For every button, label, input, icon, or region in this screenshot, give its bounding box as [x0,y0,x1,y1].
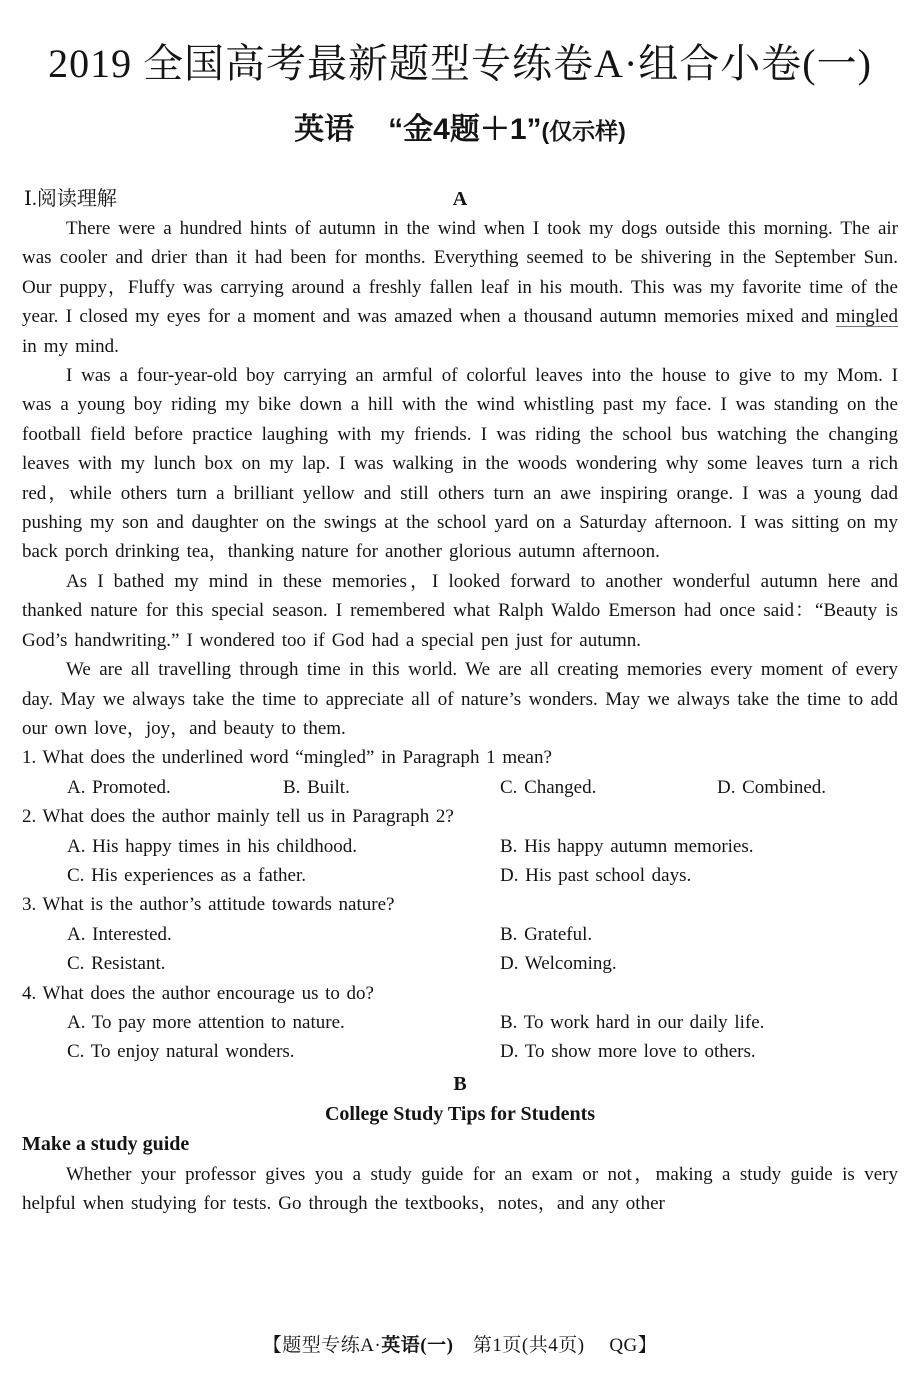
paragraph-text: There were a hundred hints of autumn in … [22,218,898,327]
option-a: A. Interested. [67,920,500,949]
option-a: A. Promoted. [67,773,283,802]
subtitle-note: (仅示样) [542,118,626,144]
option-d: D. His past school days. [500,861,898,890]
question-options: A. To pay more attention to nature. B. T… [67,1008,898,1067]
option-c: C. His experiences as a father. [67,861,500,890]
question-3: 3. What is the author’s attitude towards… [22,890,898,978]
passage-b-subheading: Make a study guide [22,1129,898,1160]
option-b: B. Grateful. [500,920,898,949]
option-b: B. His happy autumn memories. [500,832,898,861]
passage-a-paragraph-1: There were a hundred hints of autumn in … [22,214,898,361]
passage-b-body: Whether your professor gives you a study… [22,1160,898,1219]
option-c: C. Resistant. [67,949,500,978]
option-a: A. To pay more attention to nature. [67,1008,500,1037]
question-2: 2. What does the author mainly tell us i… [22,802,898,890]
paragraph-text: in my mind. [22,336,119,357]
option-d: D. To show more love to others. [500,1037,898,1066]
question-4: 4. What does the author encourage us to … [22,979,898,1067]
passage-a-paragraph-2: I was a four-year-old boy carrying an ar… [22,361,898,567]
page-subtitle: 英语“金4题＋1”(仅示样) [22,112,898,148]
section-label: Ⅰ.阅读理解 [24,184,117,214]
passage-b-paragraph-1: Whether your professor gives you a study… [22,1160,898,1219]
underlined-word: mingled [836,306,898,327]
exam-paper-page: 2019 全国高考最新题型专练卷A·组合小卷(一) 英语“金4题＋1”(仅示样)… [0,0,920,1375]
subject-label: 英语 [294,113,354,146]
passage-a-paragraph-4: We are all travelling through time in th… [22,655,898,743]
option-d: D. Combined. [717,773,898,802]
question-options: A. His happy times in his childhood. B. … [67,832,898,891]
option-b: B. Built. [283,773,500,802]
option-d: D. Welcoming. [500,949,898,978]
footer-subject: 英语(一) [381,1335,453,1356]
subtitle-quote: “金4题＋1” [388,113,541,146]
question-stem: 1. What does the underlined word “mingle… [22,743,898,772]
option-c: C. To enjoy natural wonders. [67,1037,500,1066]
passage-a-paragraph-3: As I bathed my mind in these memories，I … [22,567,898,655]
question-stem: 4. What does the author encourage us to … [22,979,898,1008]
page-footer: 【题型专练A·英语(一) 第1页(共4页) QG】 [0,1330,920,1357]
option-c: C. Changed. [500,773,717,802]
footer-right: 第1页(共4页) QG】 [453,1335,657,1356]
footer-left: 【题型专练A· [263,1335,382,1356]
passage-b-title: College Study Tips for Students [22,1099,898,1129]
section-heading-row: Ⅰ.阅读理解 A [22,184,898,214]
option-b: B. To work hard in our daily life. [500,1008,898,1037]
passage-b-label: B [22,1069,898,1099]
question-stem: 2. What does the author mainly tell us i… [22,802,898,831]
page-title: 2019 全国高考最新题型专练卷A·组合小卷(一) [22,40,898,88]
option-a: A. His happy times in his childhood. [67,832,500,861]
question-options: A. Promoted. B. Built. C. Changed. D. Co… [67,773,898,802]
passage-a-body: There were a hundred hints of autumn in … [22,214,898,743]
question-options: A. Interested. B. Grateful. C. Resistant… [67,920,898,979]
passage-a-label: A [22,184,898,214]
question-stem: 3. What is the author’s attitude towards… [22,890,898,919]
question-1: 1. What does the underlined word “mingle… [22,743,898,802]
